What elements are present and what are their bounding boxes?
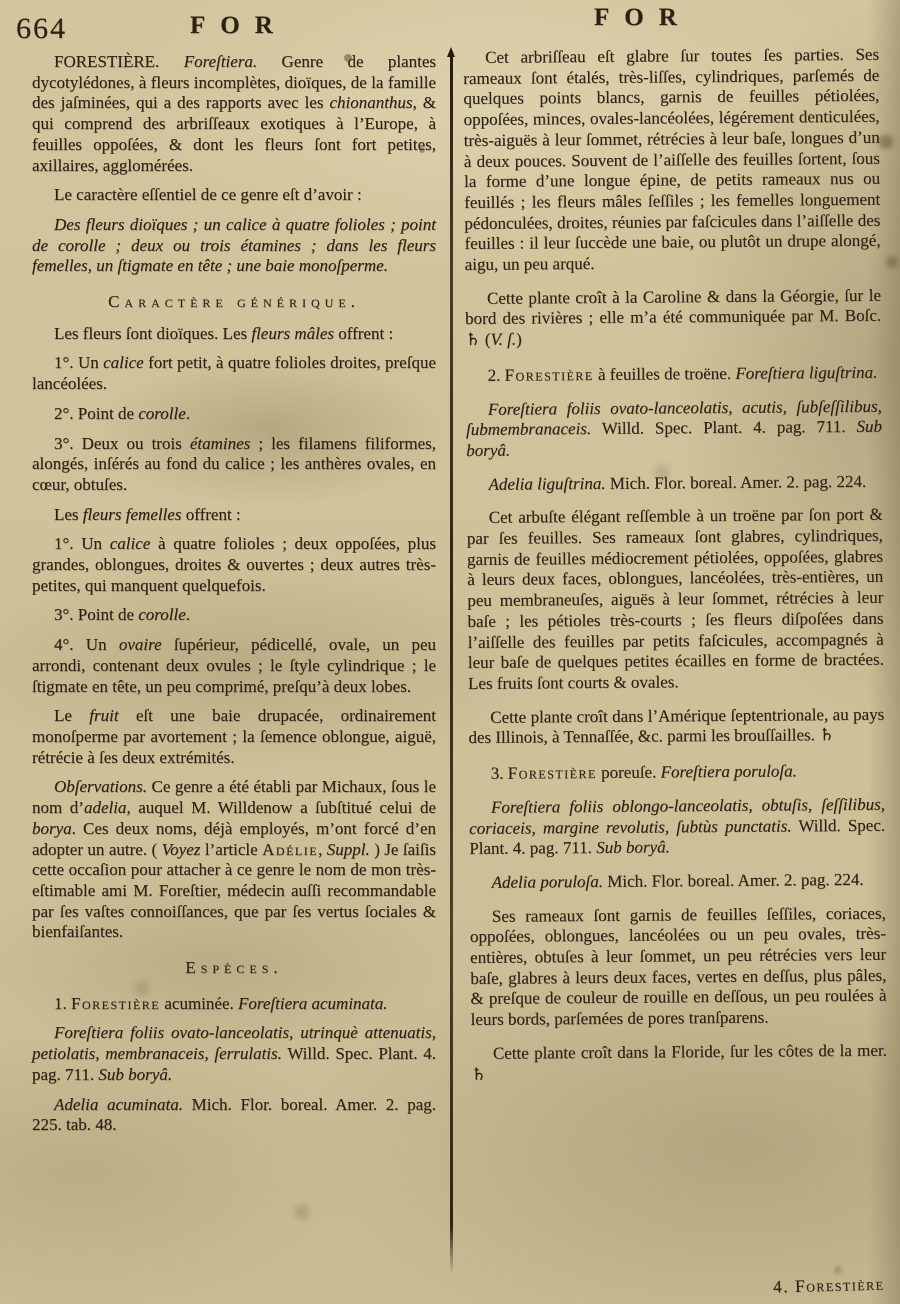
text-segment: l’article [200, 840, 262, 859]
text-segment: offrent : [334, 324, 393, 343]
text-segment: Foreſtiera. [184, 52, 258, 71]
text-segment: acuminée. [160, 994, 238, 1013]
text-segment: FORESTIÈRE. [54, 52, 184, 71]
paragraph: Cet arbuſte élégant reſſemble à un troën… [467, 505, 884, 695]
text-segment: ovaire [119, 635, 162, 654]
text-segment: offrent : [181, 505, 240, 524]
text-segment: 3. [491, 764, 508, 783]
paragraph: Les fleurs femelles offrent : [32, 505, 436, 526]
species-heading: 2. Forestière à feuilles de troëne. Fore… [465, 363, 881, 387]
text-segment: . [186, 605, 190, 624]
text-segment: Cette plante croît à la Caroline & dans … [465, 285, 881, 349]
text-segment: Les [54, 505, 83, 524]
text-segment: ) [516, 330, 522, 349]
text-segment: corolle [138, 404, 186, 423]
paragraph: Adelia acuminata. Mich. Flor. boreal. Am… [32, 1095, 436, 1136]
text-segment: fleurs femelles [83, 505, 182, 524]
text-segment: Les fleurs ſont dioïques. Les [54, 324, 251, 343]
text-segment: Forestière [71, 994, 160, 1013]
text-segment: Forestière [508, 763, 597, 783]
paragraph: Cette plante croît à la Caroline & dans … [465, 285, 881, 350]
column-divider-rule [450, 52, 453, 1274]
paragraph: Cette plante croît dans l’Amérique ſepte… [468, 704, 884, 749]
text-segment: Adélie [262, 840, 318, 859]
text-segment: 1°. Un [54, 534, 110, 553]
scanned-book-page: 664 FOR FOR FORESTIÈRE. Foreſtiera. Genr… [0, 0, 900, 1304]
species-heading: 3. Forestière poreuſe. Foreſtiera porulo… [469, 761, 885, 785]
page-number: 664 [16, 12, 67, 46]
text-segment: adelia [84, 798, 127, 817]
text-segment: Ses rameaux ſont garnis de feuilles ſeſſ… [470, 903, 887, 1029]
text-segment: Voyez [162, 840, 201, 859]
text-segment: Cette plante croît dans la Floride, ſur … [471, 1041, 887, 1084]
text-segment: fruit [89, 706, 118, 725]
text-segment: Cette plante croît dans l’Amérique ſepte… [468, 704, 884, 747]
section-heading: Espèces. [32, 958, 436, 979]
text-segment: 3°. Point de [54, 605, 138, 624]
text-segment: fleurs mâles [251, 324, 334, 343]
text-segment: Foreſtiera liguſtrina. [735, 363, 877, 383]
text-segment: 1°. Un [54, 353, 103, 372]
text-segment: Suppl. [327, 840, 370, 859]
paragraph: 4°. Un ovaire ſupérieur, pédicellé, oval… [32, 635, 436, 697]
section-heading: Caractère générique. [32, 292, 436, 313]
text-segment: Willd. Spec. Plant. 4. pag. 711. [591, 417, 857, 438]
text-segment: . [186, 404, 190, 423]
text-segment: Sub boryâ. [98, 1065, 172, 1084]
text-segment: Le [54, 706, 89, 725]
paragraph: 3°. Deux ou trois étamines ; les filamen… [32, 434, 436, 496]
paragraph: Le caractère eſſentiel de ce genre eſt d… [32, 185, 436, 206]
text-segment: Mich. Flor. boreal. Amer. 2. pag. 224. [603, 870, 864, 891]
paragraph: Adelia liguſtrina. Mich. Flor. boreal. A… [466, 471, 882, 495]
text-segment: Foreſtiera poruloſa. [660, 761, 796, 781]
text-segment: 2. [487, 366, 504, 385]
text-segment: Obſervations. [54, 777, 147, 796]
text-segment: Des fleurs dioïques ; un calice à quatre… [32, 215, 436, 275]
paragraph: Cette plante croît dans la Floride, ſur … [471, 1041, 887, 1086]
paragraph: Cet arbriſſeau eſt glabre ſur toutes ſes… [463, 45, 881, 276]
text-segment: borya [32, 819, 72, 838]
text-segment: , [318, 840, 327, 859]
paragraph: Le fruit eſt une baie drupacée, ordinair… [32, 706, 436, 768]
text-segment: V. ſ. [490, 330, 516, 349]
paragraph: Foreſtiera foliis ovato-lanceolatis, acu… [466, 396, 882, 461]
text-segment: 2°. Point de [54, 404, 138, 423]
text-segment: Forestière [504, 365, 593, 385]
text-segment: calice [110, 534, 151, 553]
text-segment: Adelia liguſtrina. [488, 474, 605, 494]
right-column: Cet arbriſſeau eſt glabre ſur toutes ſes… [463, 45, 887, 1098]
text-segment: 3°. Deux ou trois [54, 434, 190, 453]
text-segment: Adelia acuminata. [54, 1095, 183, 1114]
text-segment: Caractère générique. [108, 292, 360, 311]
left-column: FORESTIÈRE. Foreſtiera. Genre de plantes… [32, 52, 436, 1145]
paragraph: 2°. Point de corolle. [32, 404, 436, 425]
paragraph: Adelia poruloſa. Mich. Flor. boreal. Ame… [469, 870, 885, 894]
paragraph: Des fleurs dioïques ; un calice à quatre… [32, 215, 436, 277]
text-segment: Cet arbriſſeau eſt glabre ſur toutes ſes… [463, 45, 880, 274]
text-segment: à feuilles de troëne. [594, 364, 736, 384]
paragraph: Ses rameaux ſont garnis de feuilles ſeſſ… [470, 903, 887, 1030]
text-segment: Le caractère eſſentiel de ce genre eſt d… [54, 185, 362, 204]
text-segment: corolle [138, 605, 186, 624]
paragraph: 3°. Point de corolle. [32, 605, 436, 626]
text-segment: Cet arbuſte élégant reſſemble à un troën… [467, 505, 884, 693]
text-segment: Adelia poruloſa. [491, 872, 603, 892]
text-segment: 4°. Un [54, 635, 119, 654]
paragraph: Foreſtiera foliis ovato-lanceolatis, utr… [32, 1023, 436, 1085]
paragraph: Foreſtiera foliis oblongo-lanceolatis, o… [469, 795, 885, 860]
text-segment: étamines [190, 434, 250, 453]
running-title-left: FOR [190, 12, 288, 40]
running-title-right: FOR [594, 4, 692, 32]
text-segment: , auquel M. Willdenow a ſubſtitué celui … [126, 798, 436, 817]
paragraph: 1°. Un calice à quatre folioles ; deux o… [32, 534, 436, 596]
text-segment: Mich. Flor. boreal. Amer. 2. pag. 224. [605, 472, 866, 493]
text-segment: Foreſtiera acuminata. [238, 994, 388, 1013]
paragraph: Obſervations. Ce genre a été établi par … [32, 777, 436, 943]
text-segment: Espèces. [185, 958, 282, 977]
text-segment: poreuſe. [597, 763, 661, 783]
text-segment: calice [103, 353, 144, 372]
paragraph: 1°. Un calice fort petit, à quatre folio… [32, 353, 436, 394]
species-heading: 1. Forestière acuminée. Foreſtiera acumi… [32, 994, 436, 1015]
paragraph: FORESTIÈRE. Foreſtiera. Genre de plantes… [32, 52, 436, 176]
text-segment: Sub boryâ. [596, 838, 670, 858]
paragraph: Les fleurs ſont dioïques. Les fleurs mâl… [32, 324, 436, 345]
catchword: 4. Forestière [772, 1273, 884, 1297]
text-segment: 1. [54, 994, 71, 1013]
text-segment: chionanthus [329, 93, 412, 112]
